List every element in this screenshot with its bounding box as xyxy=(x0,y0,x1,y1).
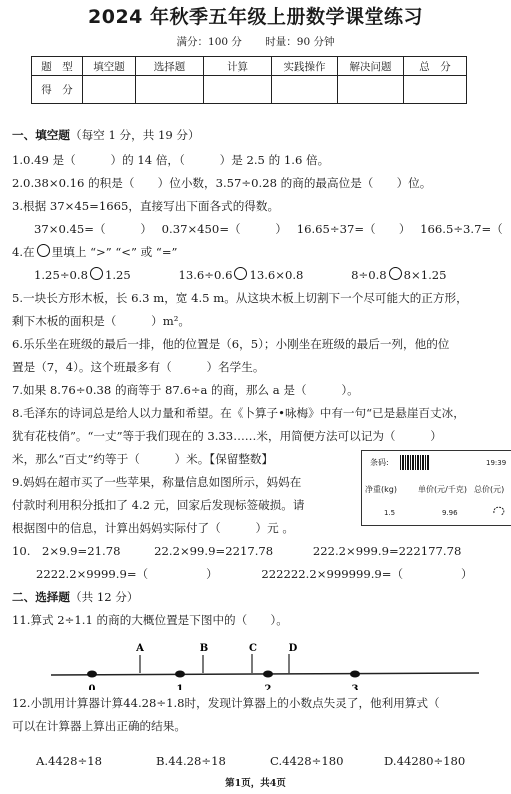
question-4: 4.在里填上 “>” “<” 或 “=” xyxy=(12,244,177,260)
score-cell[interactable] xyxy=(136,76,204,104)
score-row-label: 得 分 xyxy=(32,76,83,104)
q4-suffix: 里填上 “>” “<” 或 “=” xyxy=(52,245,178,259)
section2-note: （共 12 分） xyxy=(70,590,139,604)
price-label-figure: 条码: 19:39 净重(kg) 单价(元/千克) 总价(元) 1.5 9.96 xyxy=(361,450,511,526)
q4-item: 8÷0.88×1.25 xyxy=(351,268,446,282)
q4-right: 13.6×0.8 xyxy=(249,268,303,282)
score-cell[interactable] xyxy=(83,76,136,104)
marker-a: A xyxy=(135,643,144,654)
question-8-line1: 8.毛泽东的诗词总是给人以力量和希望。在《卜算子•咏梅》中有一句“已是悬崖百丈冰… xyxy=(12,405,465,421)
page-number: 第1页，共4页 xyxy=(0,775,511,789)
option-d[interactable]: D.44280÷180 xyxy=(384,754,465,768)
question-2: 2.0.38×0.16 的积是（ ）位小数，3.57÷0.28 的商的最高位是（… xyxy=(12,175,431,191)
q3-item: 0.37×450=（ ） xyxy=(162,222,287,236)
torn-mark-icon xyxy=(492,505,506,517)
page-title: 2024 年秋季五年级上册数学课堂练习 xyxy=(0,2,511,29)
q4-left: 1.25÷0.8 xyxy=(34,268,88,282)
label-weight: 1.5 xyxy=(384,509,395,517)
number-line-figure: A B C D 0 1 2 3 xyxy=(0,630,511,690)
label-col-unit-price: 单价(元/千克) xyxy=(418,484,467,495)
question-9-line3: 根据图中的信息，计算出妈妈实际付了（ ）元 。 xyxy=(12,520,294,536)
score-cell[interactable] xyxy=(338,76,404,104)
score-header-problem: 解决问题 xyxy=(338,57,404,76)
compare-circle-input[interactable] xyxy=(234,267,247,280)
q4-right: 8×1.25 xyxy=(404,268,447,282)
question-3: 3.根据 37×45=1665，直接写出下面各式的得数。 xyxy=(12,198,279,214)
q4-prefix: 4.在 xyxy=(12,245,35,259)
time-limit: 时量：90 分钟 xyxy=(265,36,334,48)
barcode-label: 条码: xyxy=(370,457,389,468)
q4-right: 1.25 xyxy=(105,268,131,282)
question-12-line2: 可以在计算器上算出正确的结果。 xyxy=(12,718,186,734)
full-score: 满分：100 分 xyxy=(177,36,242,48)
q4-item: 13.6÷0.613.6×0.8 xyxy=(178,268,307,282)
question-1: 1.0.49 是（ ）的 14 倍，（ ）是 2.5 的 1.6 倍。 xyxy=(12,152,329,168)
score-header-fill: 填空题 xyxy=(83,57,136,76)
option-b[interactable]: B.44.28÷18 xyxy=(156,754,226,768)
option-c[interactable]: C.4428÷180 xyxy=(270,754,344,768)
q3-item: 37×0.45=（ ） xyxy=(34,222,152,236)
label-time: 19:39 xyxy=(486,459,506,467)
label-col-total: 总价(元) xyxy=(474,484,504,495)
label-col-weight: 净重(kg) xyxy=(365,484,397,495)
question-12-options: A.4428÷18 B.44.28÷18 C.4428÷180 D.44280÷… xyxy=(36,754,102,768)
q4-left: 13.6÷0.6 xyxy=(178,268,232,282)
tick-3: 3 xyxy=(352,684,359,690)
score-header-type: 题 型 xyxy=(32,57,83,76)
label-unit-price: 9.96 xyxy=(442,509,458,517)
barcode-icon xyxy=(400,455,430,470)
q10-item: 222.2×999.9=222177.78 xyxy=(313,544,462,558)
question-10-row1: 10. 2×9.9=21.78 22.2×99.9=2217.78 222.2×… xyxy=(12,543,461,559)
question-5-line1: 5.一块长方形木板，长 6.3 m，宽 4.5 m。从这块木板上切割下一个尽可能… xyxy=(12,290,468,306)
section1-note: （每空 1 分，共 19 分） xyxy=(70,128,200,142)
marker-c: C xyxy=(249,643,257,654)
section2-heading: 二、选择题（共 12 分） xyxy=(12,589,138,605)
circle-icon xyxy=(37,244,50,257)
question-11: 11.算式 2÷1.1 的商的大概位置是下图中的（ ）。 xyxy=(12,612,288,628)
score-cell[interactable] xyxy=(204,76,272,104)
score-cell[interactable] xyxy=(272,76,338,104)
q10-item: 2222.2×9999.9=（ ） xyxy=(36,567,218,581)
question-9-line1: 9.妈妈在超市买了一些苹果，称量信息如图所示，妈妈在 xyxy=(12,474,301,490)
tick-1: 1 xyxy=(177,684,184,690)
question-7: 7.如果 8.76÷0.38 的商等于 87.6÷a 的商，那么 a 是（ ）。 xyxy=(12,382,359,398)
compare-circle-input[interactable] xyxy=(90,267,103,280)
question-4-items: 1.25÷0.81.25 13.6÷0.613.6×0.8 8÷0.88×1.2… xyxy=(34,267,447,282)
q3-item: 166.5÷3.7=（ ） xyxy=(420,222,511,236)
score-header-choice: 选择题 xyxy=(136,57,204,76)
score-cell[interactable] xyxy=(404,76,467,104)
question-12-line1: 12.小凯用计算器计算44.28÷1.8时，发现计算器上的小数点失灵了，他利用算… xyxy=(12,695,440,711)
exam-info: 满分：100 分 时量：90 分钟 xyxy=(0,34,511,49)
compare-circle-input[interactable] xyxy=(389,267,402,280)
marker-d: D xyxy=(289,643,298,654)
q10-item: 22.2×99.9=2217.78 xyxy=(154,544,273,558)
tick-2: 2 xyxy=(265,684,272,690)
q10-item: 222222.2×999999.9=（ ） xyxy=(261,567,472,581)
section1-title: 一、填空题 xyxy=(12,128,70,142)
number-line-arrows xyxy=(140,654,289,673)
score-header-total: 总 分 xyxy=(404,57,467,76)
marker-b: B xyxy=(200,643,208,654)
question-10-row2: 2222.2×9999.9=（ ） 222222.2×999999.9=（ ） xyxy=(36,566,473,582)
q4-item: 1.25÷0.81.25 xyxy=(34,268,134,282)
q4-left: 8÷0.8 xyxy=(351,268,387,282)
score-table: 题 型 填空题 选择题 计算 实践操作 解决问题 总 分 得 分 xyxy=(31,56,467,104)
q3-item: 16.65÷37=（ ） xyxy=(297,222,411,236)
question-6-line1: 6.乐乐坐在班级的最后一排，他的位置是（6，5）；小刚坐在班级的最后一列，他的位 xyxy=(12,336,449,352)
question-6-line2: 置是（7，4）。这个班最多有（ ）名学生。 xyxy=(12,359,264,375)
section1-heading: 一、填空题（每空 1 分，共 19 分） xyxy=(12,127,200,143)
score-header-calc: 计算 xyxy=(204,57,272,76)
q10-item: 10. 2×9.9=21.78 xyxy=(12,544,120,558)
question-9-line2: 付款时利用积分抵扣了 4.2 元，回家后发现标签破损。请 xyxy=(12,497,304,513)
question-8-line2: 犹有花枝俏”。“一丈”等于我们现在的 3.33……米，用简便方法可以记为（ ） xyxy=(12,428,442,444)
question-5-line2: 剩下木板的面积是（ ）m²。 xyxy=(12,313,190,329)
question-8-line3: 米，那么“百丈”约等于（ ）米。【保留整数】 xyxy=(12,451,273,467)
tick-0: 0 xyxy=(89,684,96,690)
option-a[interactable]: A.4428÷18 xyxy=(36,754,102,768)
score-header-practice: 实践操作 xyxy=(272,57,338,76)
question-3-items: 37×0.45=（ ） 0.37×450=（ ） 16.65÷37=（ ） 16… xyxy=(34,221,511,237)
section2-title: 二、选择题 xyxy=(12,590,70,604)
